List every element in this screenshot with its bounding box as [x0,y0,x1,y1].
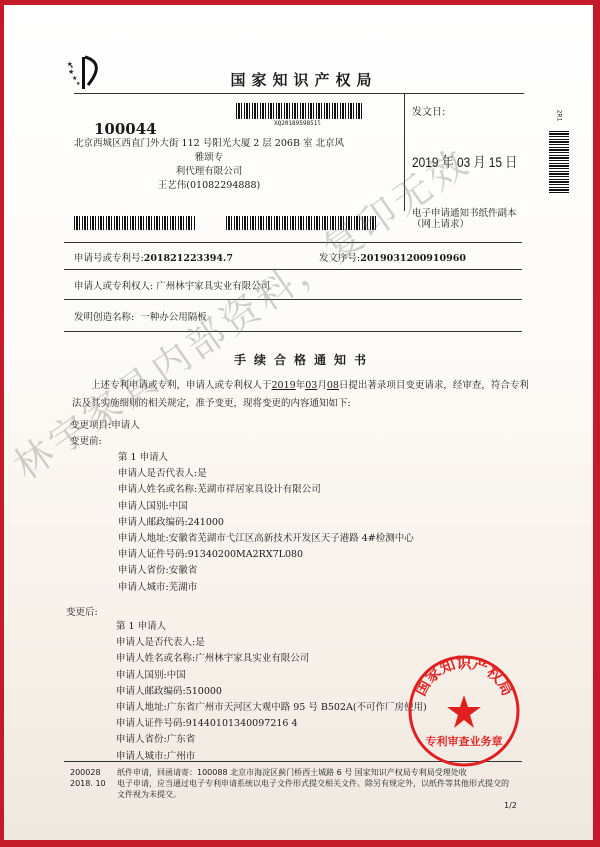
document-barcode-2 [226,216,376,230]
application-number-field: 申请号或专利号:201821223394.7 [74,250,233,264]
change-entry: 申请人省份:广东省 [116,732,427,748]
change-entry: 申请人是否代表人:是 [116,635,427,651]
before-list: 第 1 申请人申请人是否代表人:是申请人姓名或名称:芜湖市祥居家具设计有限公司申… [118,450,414,596]
copy-note: 电子申请通知书纸件副本（网上请求） [412,208,522,230]
footer-line: 电子申请，应当通过电子专利申请系统以电子文件形式提交相关文件。除另有规定外，以纸… [117,778,537,789]
change-entry: 申请人姓名或名称:广州林宇家具实业有限公司 [116,651,427,667]
side-code: 2R1 [555,110,562,122]
side-barcode [549,129,569,193]
dispatch-serial-field: 发文序号:2019031200910960 [319,250,466,264]
change-entry: 申请人地址:安徽省芜湖市弋江区高新技术开发区天子港路 4#检测中心 [118,531,414,547]
unit: 月 [317,380,327,391]
change-entry: 申请人姓名或名称:芜湖市祥居家具设计有限公司 [118,482,414,498]
notice-document: ★ ★ ★ ★ 国家知识产权局 100044 XQ2018959851l 北京西… [4,5,593,840]
change-entry: 申请人证件号码:91340200MA2RX7L080 [118,547,414,563]
header-column-divider [404,93,405,211]
recipient-postcode: 100044 [94,120,157,138]
divider [64,331,522,332]
official-seal-icon: 国家知识产权局 专利审查业务章 [406,653,522,769]
form-code: 200028 2018. 10 [70,767,106,789]
applicant-value: 广州林宇家具实业有限公司 [156,281,270,292]
request-year: 2019 [272,380,296,391]
seal-bottom-text: 专利审查业务章 [426,734,503,748]
divider [64,299,522,300]
form-date: 2018. 10 [70,778,106,789]
change-entry: 申请人证件号码:91440101340097216 4 [116,716,427,732]
request-month: 03 [305,380,317,391]
change-entry: 申请人省份:安徽省 [118,563,414,579]
document-barcode-1 [74,216,196,230]
recipient-address: 北京西城区西直门外大街 112 号阳光大厦 2 层 206B 室 北京风雅颂专 … [74,137,344,193]
unit: 年 [296,380,306,391]
dispatch-serial-label: 发文序号: [319,253,360,264]
dispatch-serial-value: 2019031200910960 [360,253,466,264]
dispatch-date: 2019 年 03 月 15 日 [412,152,517,172]
footer-line: 文件视为未提交。 [117,789,537,800]
svg-text:国家知识产权局: 国家知识产权局 [411,654,517,699]
header-divider [74,93,524,94]
after-label: 变更后: [66,605,98,621]
before-label: 变更前: [70,434,102,450]
para-text: 上述专利申请或专利，申请人或专利权人于 [91,380,272,391]
notice-paragraph: 上述专利申请或专利，申请人或专利权人于2019年03月08日提出著录项目变更请求… [72,377,532,413]
change-entry: 申请人是否代表人:是 [118,466,414,482]
change-entry: 申请人邮政编码:241000 [118,515,414,531]
divider [64,269,522,270]
barcode-number: XQ2018959851l [274,120,321,127]
address-line: 王艺伟(01082294888) [74,179,344,193]
change-entry: 第 1 申请人 [116,619,427,635]
change-entry: 申请人城市:广州市 [116,749,427,765]
invention-field: 发明创造名称: 一种办公用隔板 [74,309,207,323]
seal-top-text: 国家知识产权局 [411,654,517,699]
request-day: 08 [327,380,339,391]
change-entry: 申请人城市:芜湖市 [118,580,414,596]
invention-label: 发明创造名称: [74,312,134,323]
recipient-barcode [236,103,364,119]
agency-name: 国家知识产权局 [4,69,600,90]
page-number: 1/2 [504,800,517,811]
divider [64,242,522,243]
applicant-field: 申请人或专利权人: 广州林宇家具实业有限公司 [74,278,270,292]
change-entry: 申请人国别:中国 [116,668,427,684]
footer-notes: 纸件申请，回函请寄：100088 北京市海淀区蓟门桥西土城路 6 号 国家知识产… [117,767,537,800]
change-entry: 申请人地址:广东省广州市天河区大观中路 95 号 B502A(不可作厂房使用) [116,700,427,716]
application-number-label: 申请号或专利号: [74,253,144,264]
applicant-label: 申请人或专利权人: [74,281,153,292]
address-line: 利代理有限公司 [74,165,344,179]
dispatch-date-label: 发文日: [412,103,445,118]
after-list: 第 1 申请人申请人是否代表人:是申请人姓名或名称:广州林宇家具实业有限公司申请… [116,619,427,765]
application-number-value: 201821223394.7 [144,253,233,264]
notice-title: 手续合格通知书 [4,351,600,368]
form-code-value: 200028 [70,767,106,778]
invention-value: 一种办公用隔板 [140,312,207,323]
change-item: 变更项目:申请人 [70,418,140,434]
change-entry: 申请人邮政编码:510000 [116,684,427,700]
address-line: 北京西城区西直门外大街 112 号阳光大厦 2 层 206B 室 北京风雅颂专 [74,137,344,165]
change-entry: 申请人国别:中国 [118,499,414,515]
change-entry: 第 1 申请人 [118,450,414,466]
